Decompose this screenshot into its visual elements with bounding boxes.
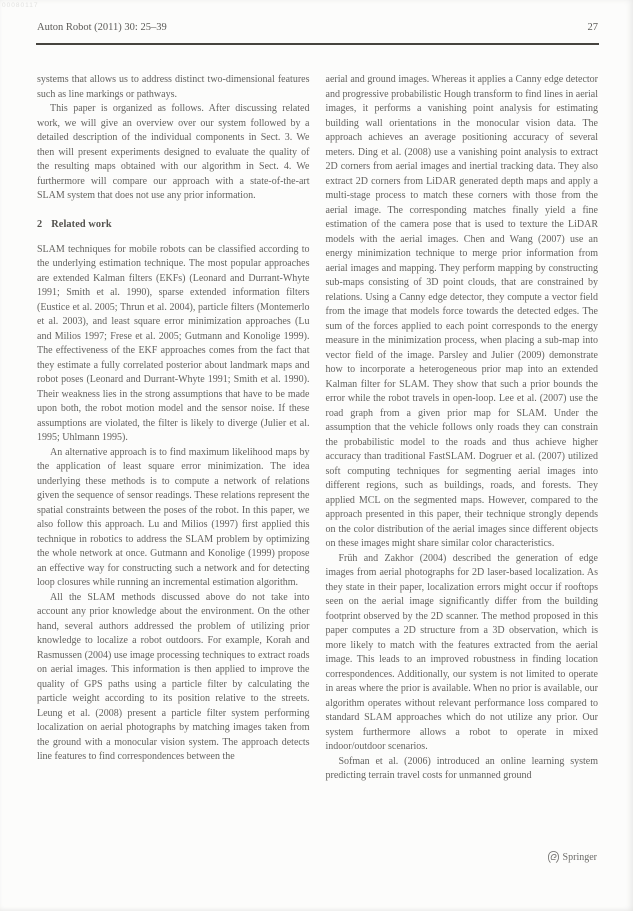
left-column: systems that allows us to address distin… bbox=[37, 73, 310, 784]
page-header: Auton Robot (2011) 30: 25–39 27 bbox=[37, 22, 598, 33]
publisher-name: Springer bbox=[563, 852, 597, 863]
article-body: systems that allows us to address distin… bbox=[37, 73, 598, 784]
paragraph: This paper is organized as follows. Afte… bbox=[37, 102, 310, 204]
section-number: 2 bbox=[37, 219, 42, 230]
paragraph: Früh and Zakhor (2004) described the gen… bbox=[326, 552, 599, 755]
paragraph: An alternative approach is to find maxim… bbox=[37, 446, 310, 591]
paragraph: aerial and ground images. Whereas it app… bbox=[326, 73, 599, 552]
page-number: 27 bbox=[588, 22, 599, 33]
journal-reference: Auton Robot (2011) 30: 25–39 bbox=[37, 22, 167, 33]
paragraph: SLAM techniques for mobile robots can be… bbox=[37, 243, 310, 446]
paragraph: systems that allows us to address distin… bbox=[37, 73, 310, 102]
paragraph: Sofman et al. (2006) introduced an onlin… bbox=[326, 755, 599, 784]
header-rule bbox=[36, 43, 599, 45]
scan-watermark: 00080117 bbox=[2, 2, 38, 9]
springer-logo-icon bbox=[548, 851, 559, 863]
publisher-footer: Springer bbox=[548, 851, 597, 863]
section-heading: 2Related work bbox=[37, 219, 310, 230]
right-column: aerial and ground images. Whereas it app… bbox=[326, 73, 599, 784]
journal-page: 00080117 Auton Robot (2011) 30: 25–39 27… bbox=[0, 0, 633, 911]
paragraph: All the SLAM methods discussed above do … bbox=[37, 591, 310, 765]
section-title: Related work bbox=[51, 219, 111, 230]
